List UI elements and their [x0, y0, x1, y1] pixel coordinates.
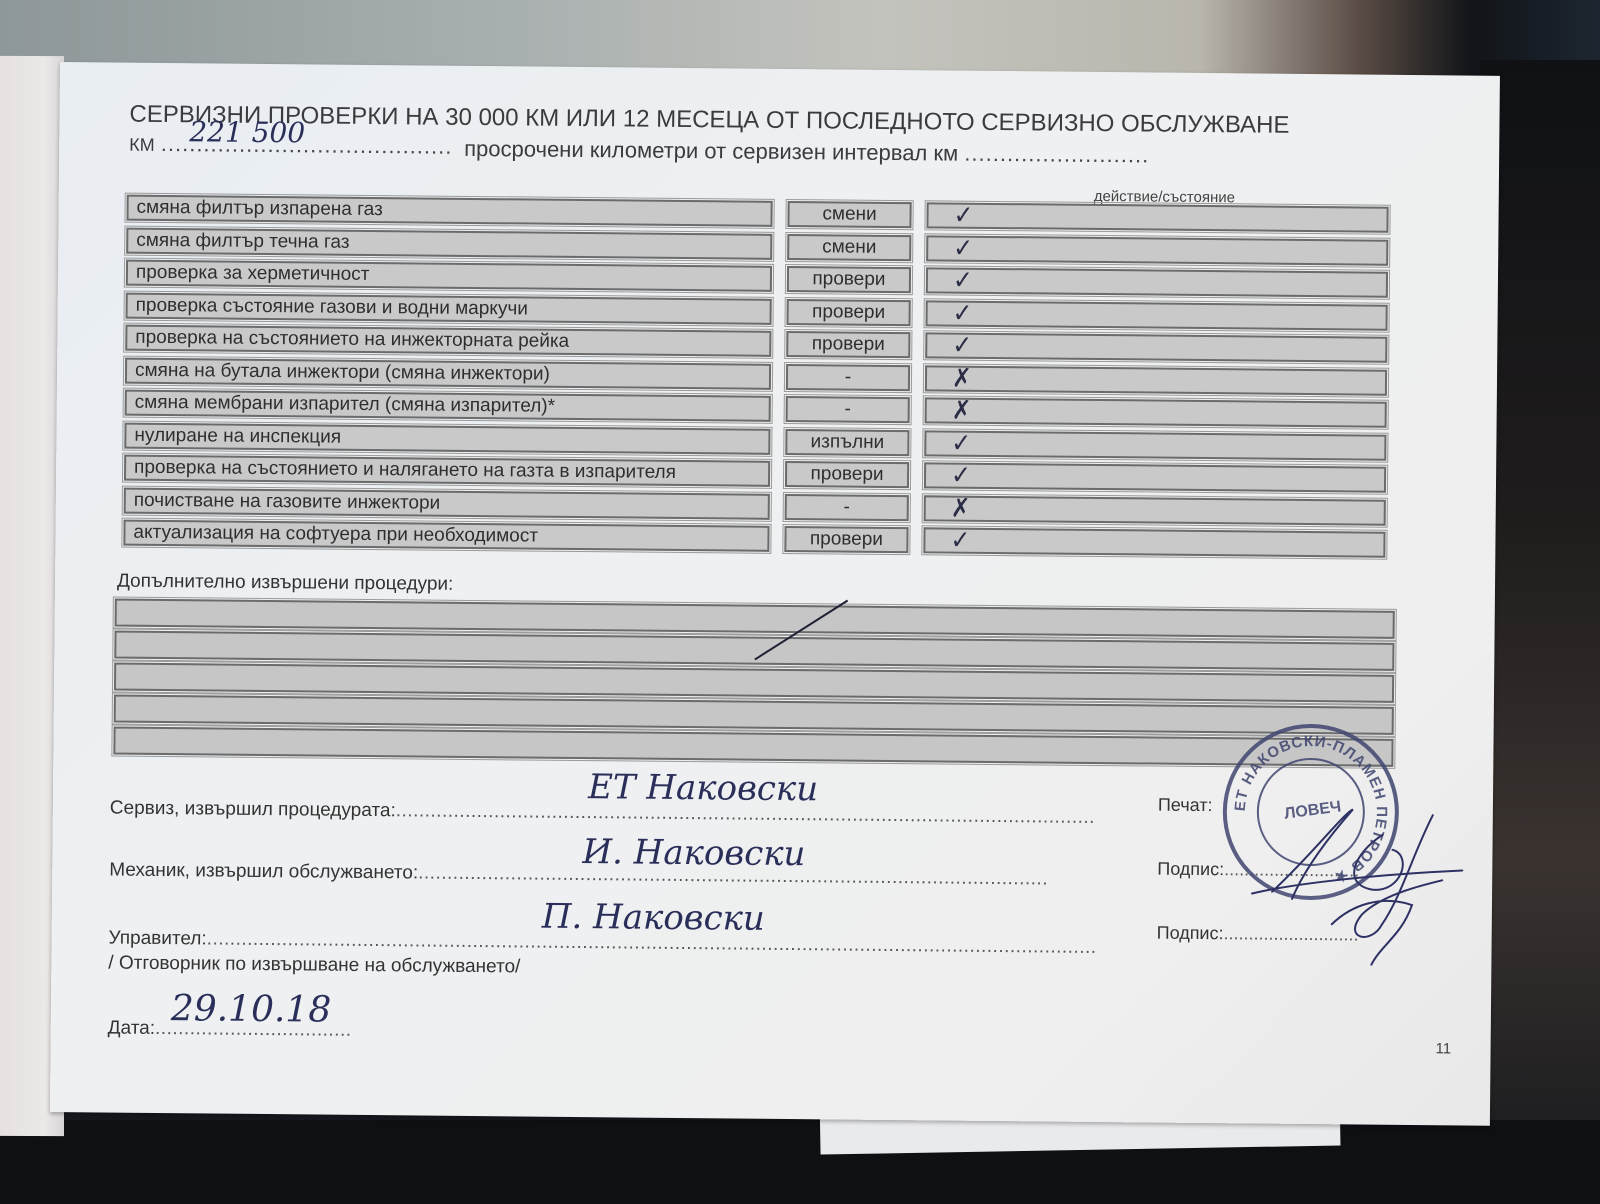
task-cell: проверка на състоянието на инжекторната …: [125, 325, 771, 357]
action-cell: провери: [787, 298, 911, 325]
status-cell[interactable]: ✓: [924, 430, 1386, 460]
task-cell: нулиране на инспекция: [124, 422, 770, 454]
stamp-label: Печат:: [1158, 795, 1213, 817]
task-cell: смяна филтър изпарена газ: [126, 195, 772, 227]
action-cell: провери: [786, 331, 910, 358]
km-label: КМ: [129, 135, 155, 155]
check-mark-icon: ✓: [951, 432, 971, 454]
task-cell: почистване на газовите инжектори: [124, 487, 770, 519]
action-cell: -: [785, 493, 909, 520]
handwritten-signature-icon: [1231, 773, 1473, 975]
task-cell: смяна филтър течна газ: [126, 227, 772, 259]
action-cell: -: [786, 396, 910, 423]
check-mark-icon: ✓: [950, 530, 970, 552]
page-number: 11: [1436, 1040, 1452, 1057]
service-label: Сервиз, извършил процедурата:: [110, 798, 396, 822]
status-cell[interactable]: ✗: [924, 495, 1386, 525]
manager-label: Управител:: [108, 928, 206, 950]
check-mark-icon: ✓: [951, 465, 971, 487]
check-mark-icon: ✓: [953, 302, 973, 324]
action-cell: провери: [784, 526, 908, 553]
check-mark-icon: ✓: [954, 205, 974, 227]
overdue-km-label: просрочени километри от сервизен интерва…: [464, 136, 958, 166]
status-cell[interactable]: ✓: [926, 202, 1388, 232]
service-book-page: СЕРВИЗНИ ПРОВЕРКИ НА 30 000 КМ ИЛИ 12 МЕ…: [50, 62, 1500, 1126]
task-cell: проверка на състоянието и налягането на …: [124, 455, 770, 487]
overdue-km-dotted-field: ..........................: [964, 141, 1149, 168]
mechanic-value: И. Наковски: [582, 832, 805, 874]
check-mark-icon: ✓: [953, 270, 973, 292]
task-cell: смяна на бутала инжектори (смяна инжекто…: [125, 357, 771, 389]
date-value: 29.10.18: [171, 988, 332, 1031]
status-cell[interactable]: ✓: [926, 267, 1388, 297]
mechanic-row: Механик, извършил обслужването:.........…: [109, 860, 1048, 891]
status-cell[interactable]: ✓: [926, 300, 1388, 330]
action-cell: изпълни: [785, 428, 909, 455]
task-cell: проверка за херметичност: [126, 260, 772, 292]
action-cell: провери: [785, 461, 909, 488]
status-cell[interactable]: ✓: [925, 332, 1387, 362]
action-cell: смени: [787, 201, 911, 228]
status-cell[interactable]: ✓: [924, 462, 1386, 492]
status-cell[interactable]: ✗: [925, 397, 1387, 427]
cross-mark-icon: ✗: [951, 497, 971, 519]
additional-procedures-label: Допълнително извършени процедури:: [117, 571, 454, 596]
service-value: ЕТ Наковски: [588, 767, 818, 809]
action-cell: смени: [787, 233, 911, 260]
task-cell: смяна мембрани изпарител (смяна изпарите…: [125, 390, 771, 422]
background-dark: [0, 1120, 1600, 1204]
responsible-note: / Отговорник по извършване на обслужване…: [108, 953, 520, 979]
check-mark-icon: ✓: [952, 335, 972, 357]
overdue-km-line: просрочени километри от сервизен интерва…: [464, 136, 1149, 169]
check-mark-icon: ✓: [953, 237, 973, 259]
mechanic-label: Механик, извършил обслужването:: [109, 860, 418, 884]
date-label: Дата:: [108, 1018, 156, 1039]
cross-mark-icon: ✗: [952, 400, 972, 422]
status-cell[interactable]: ✗: [925, 365, 1387, 395]
status-cell[interactable]: ✓: [926, 235, 1388, 265]
status-cell[interactable]: ✓: [923, 527, 1385, 557]
km-value: 221 500: [189, 115, 305, 149]
manager-value: П. Наковски: [542, 897, 765, 939]
cross-mark-icon: ✗: [952, 367, 972, 389]
action-cell: -: [786, 363, 910, 390]
task-cell: актуализация на софтуера при необходимос…: [123, 520, 769, 552]
action-cell: провери: [787, 266, 911, 293]
task-cell: проверка състояние газови и водни маркуч…: [126, 292, 772, 324]
